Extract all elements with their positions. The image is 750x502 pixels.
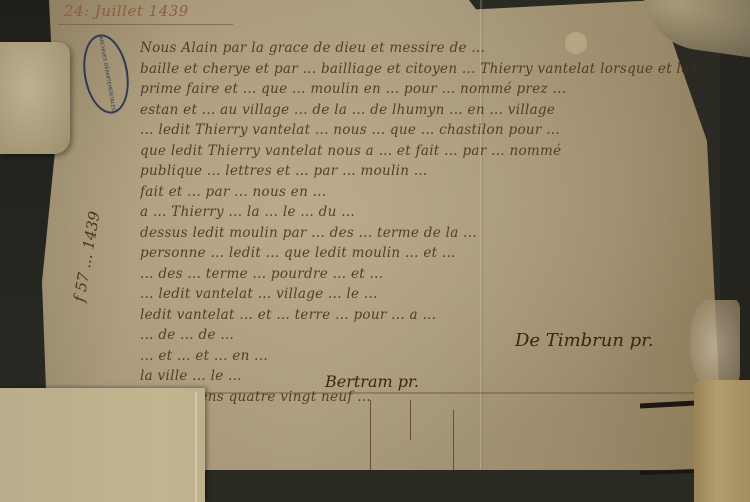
signature-bertram: Bertram pr. [325,372,419,391]
text-line: ... ledit Thierry vantelat ... nous ... … [140,120,700,141]
text-line: publique ... lettres et ... par ... moul… [140,161,700,182]
cloth-weight-bottom-left [0,388,205,502]
charter-text: Nous Alain par la grace de dieu et messi… [140,38,700,407]
text-line: que ledit Thierry vantelat nous a ... et… [140,141,700,162]
text-line: ... des ... terme ... pourdre ... et ... [140,264,700,285]
text-line: Nous Alain par la grace de dieu et messi… [140,38,700,59]
text-line: a ... Thierry ... la ... le ... du ... [140,202,700,223]
text-line: fait et ... par ... nous en ... [140,182,700,203]
text-line: prime faire et ... que ... moulin en ...… [140,79,700,100]
cloth-weight-bottom-right [694,380,750,502]
text-line: estan et ... au village ... de la ... de… [140,100,700,121]
margin-date-annotation: 24: Juillet 1439 [64,2,189,20]
annotation-underline [58,24,233,25]
text-line: ... ledit vantelat ... village ... le ..… [140,284,700,305]
text-line: dessus ledit moulin par ... des ... term… [140,223,700,244]
signature-flourish [410,400,411,440]
cloth-weight-left [0,42,70,154]
text-line: baille et cherye et par ... bailliage et… [140,59,700,80]
text-line: personne ... ledit ... que ledit moulin … [140,243,700,264]
text-line: la ville ... le ... [140,366,700,387]
torn-corner [690,300,740,390]
signature-flourish [453,410,454,470]
document-photo: 24: Juillet 1439 ARCHIVES DÉPARTEMENTALE… [0,0,750,502]
signature-timbrun: De Timbrun pr. [515,330,654,351]
text-line: ledit vantelat ... et ... terre ... pour… [140,305,700,326]
text-line: quatre cens quatre vingt neuf ... [140,387,700,408]
signature-flourish [370,400,371,470]
seal-tag-shadow [640,469,696,475]
archive-stamp-text: ARCHIVES DÉPARTEMENTALES [97,36,116,111]
